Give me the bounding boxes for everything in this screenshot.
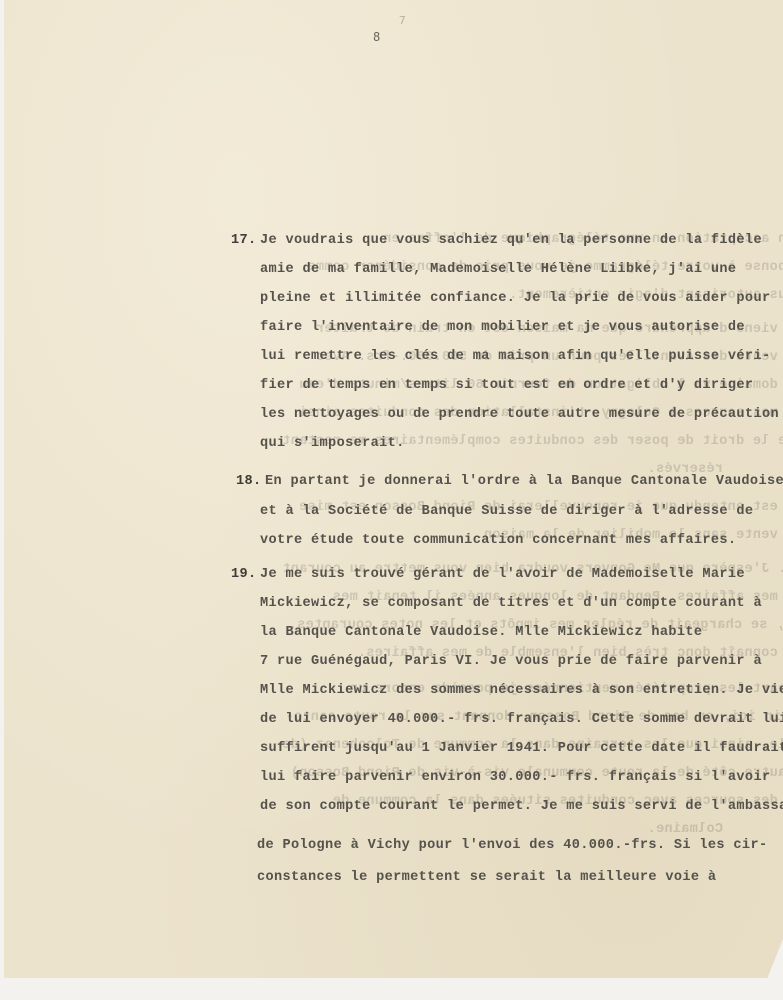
paragraph-number: 17. — [231, 233, 257, 249]
text-line: de Pologne à Vichy pour l'envoi des 40.0… — [257, 838, 767, 854]
text-line: de son compte courant le permet. Je me s… — [260, 799, 783, 815]
document-page: Mon acceptation en vue télégraphique de … — [4, 0, 783, 978]
text-line: lui faire parvenir environ 30.000.- frs.… — [260, 770, 770, 786]
text-line: Je me suis trouvé gérant de l'avoir de M… — [260, 567, 745, 583]
text-line: et à la Société de Banque Suisse de diri… — [260, 504, 753, 520]
text-line: les nettoyages ou de prendre toute autre… — [260, 407, 779, 423]
text-line: suffirent jusqu'au 1 Janvier 1941. Pour … — [260, 741, 783, 757]
text-line: faire l'inventaire de mon mobilier et je… — [260, 320, 745, 336]
ghost-page-mark: 7 — [399, 14, 406, 27]
text-line: Mickiewicz, se composant de titres et d'… — [260, 596, 762, 612]
text-line: amie de ma famille, Mademoiselle Hélène … — [260, 262, 736, 278]
text-line: fier de temps en temps si tout est en or… — [260, 378, 753, 394]
text-line: lui remettre les clés de ma maison afin … — [260, 349, 770, 365]
text-line: Je voudrais que vous sachiez qu'en la pe… — [260, 233, 762, 249]
text-line: de lui envoyer 40.000.- frs. français. C… — [260, 712, 783, 728]
paragraph-number: 18. — [236, 474, 262, 490]
text-line: constances le permettent se serait la me… — [257, 870, 716, 886]
page-number: 8 — [373, 30, 380, 44]
text-line: En partant je donnerai l'ordre à la Banq… — [265, 474, 783, 490]
text-line: la Banque Cantonale Vaudoise. Mlle Micki… — [260, 625, 702, 641]
text-line: Mlle Mickiewicz des sommes nécessaires à… — [260, 683, 783, 699]
text-line: pleine et illimitée confiance. Je la pri… — [260, 291, 770, 307]
paragraph-number: 19. — [231, 567, 257, 583]
text-line: votre étude toute communication concerna… — [260, 533, 736, 549]
text-line: 7 rue Guénégaud, Paris VI. Je vous prie … — [260, 654, 762, 670]
text-line: qui s'imposerait. — [260, 436, 405, 452]
bleed-line: Colmaine. — [647, 822, 723, 837]
